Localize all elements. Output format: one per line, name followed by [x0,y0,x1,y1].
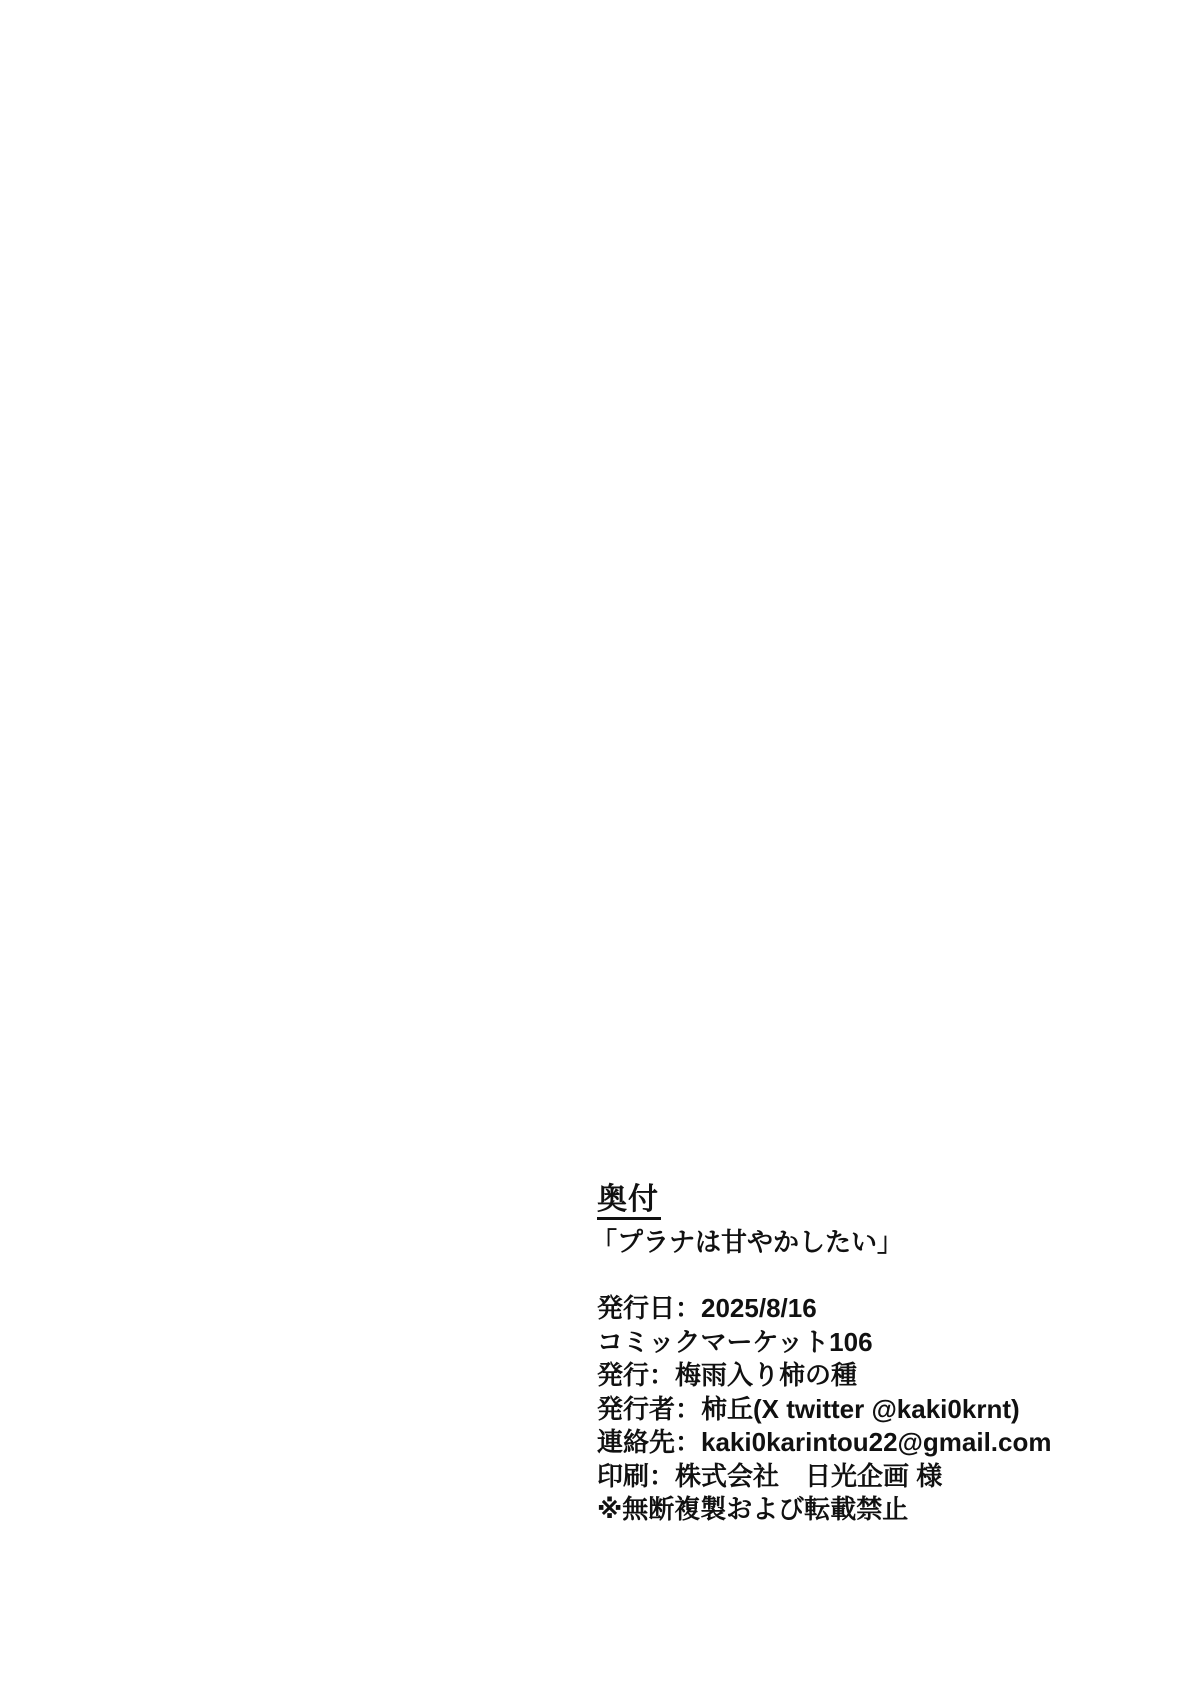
book-title: 「プラナは甘やかしたい」 [591,1227,1052,1258]
colophon-info-lines: 発行日：2025/8/16 コミックマーケット106 発行：梅雨入り柿の種 発行… [597,1292,1052,1527]
colophon-title: 奥付 [597,1183,661,1220]
colophon-line-printer: 印刷：株式会社 日光企画 様 [597,1460,1052,1494]
colophon-block: 奥付 「プラナは甘やかしたい」 発行日：2025/8/16 コミックマーケット1… [597,1183,1052,1527]
colophon-line-author: 発行者：柿丘(X twitter @kaki0krnt) [597,1393,1052,1427]
colophon-line-publisher-circle: 発行：梅雨入り柿の種 [597,1359,1052,1393]
colophon-line-contact-email: 連絡先：kaki0karintou22@gmail.com [597,1426,1052,1460]
colophon-line-event: コミックマーケット106 [597,1326,1052,1360]
colophon-line-publish-date: 発行日：2025/8/16 [597,1292,1052,1326]
scanned-page: 奥付 「プラナは甘やかしたい」 発行日：2025/8/16 コミックマーケット1… [0,0,1200,1695]
colophon-line-copyright-notice: ※無断複製および転載禁止 [597,1493,1052,1527]
colophon-title-row: 奥付 [597,1183,1052,1220]
